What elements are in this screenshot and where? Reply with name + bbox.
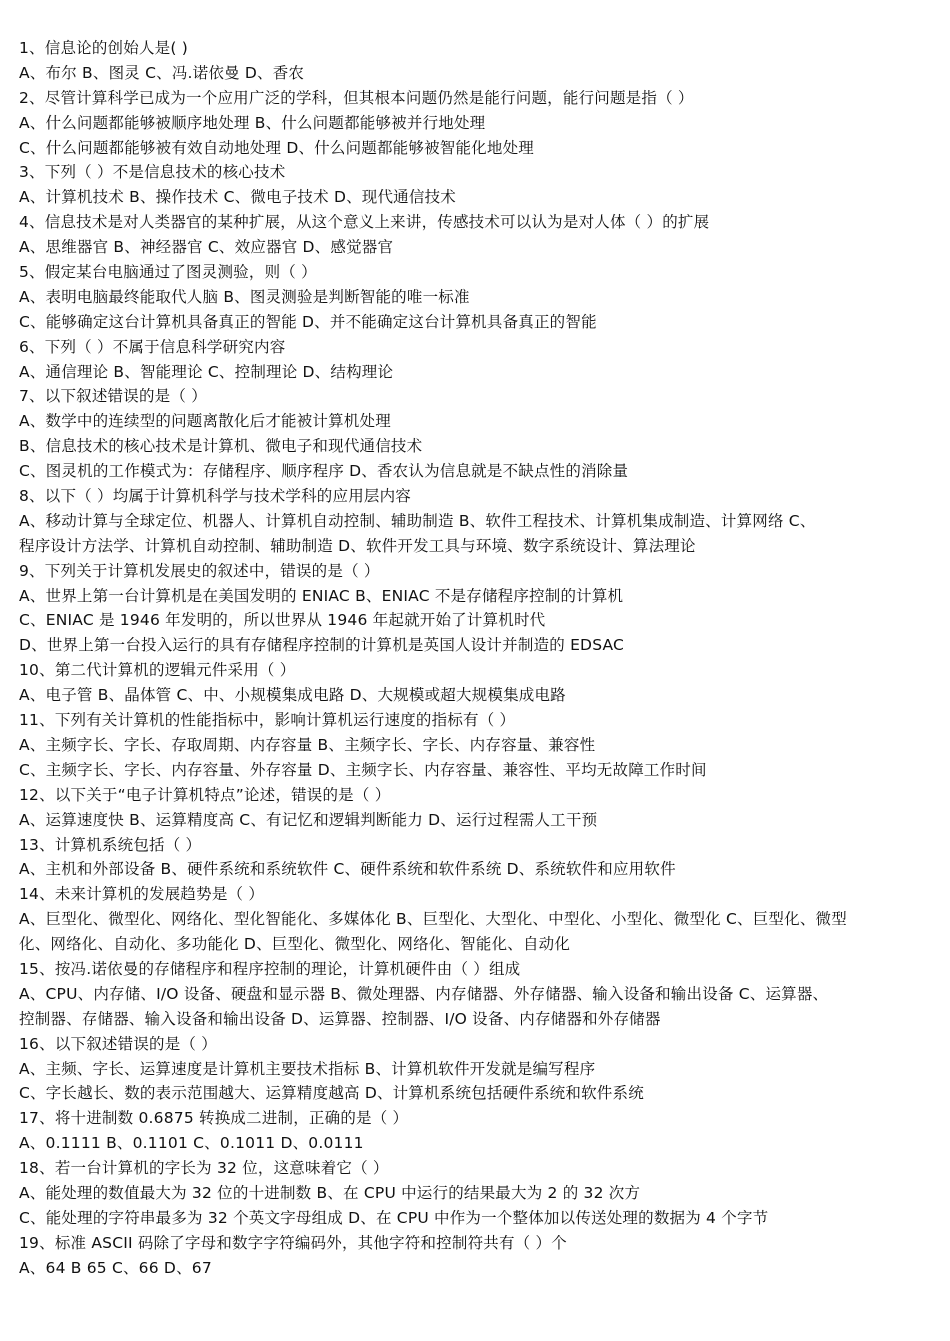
question-2-stem: 2、尽管计算科学已成为一个应用广泛的学科，但其根本问题仍然是能行问题，能行问题是… (19, 86, 929, 111)
question-6-stem: 6、下列（ ）不属于信息科学研究内容 (19, 335, 929, 360)
question-11-options-cd: C、主频字长、字长、内存容量、外存容量 D、主频字长、内存容量、兼容性、平均无故… (19, 758, 929, 783)
question-15-stem: 15、按冯.诺依曼的存储程序和程序控制的理论，计算机硬件由（ ）组成 (19, 957, 929, 982)
question-11-options-ab: A、主频字长、字长、存取周期、内存容量 B、主频字长、字长、内存容量、兼容性 (19, 733, 929, 758)
question-9-options-ab: A、世界上第一台计算机是在美国发明的 ENIAC B、ENIAC 不是存储程序控… (19, 584, 929, 609)
question-7-stem: 7、以下叙述错误的是（ ） (19, 384, 929, 409)
question-16-options-ab: A、主频、字长、运算速度是计算机主要技术指标 B、计算机软件开发就是编写程序 (19, 1057, 929, 1082)
question-3-stem: 3、下列（ ）不是信息技术的核心技术 (19, 160, 929, 185)
question-9-stem: 9、下列关于计算机发展史的叙述中，错误的是（ ） (19, 559, 929, 584)
question-19-stem: 19、标准 ASCII 码除了字母和数字字符编码外，其他字符和控制符共有（ ）个 (19, 1231, 929, 1256)
question-1-stem: 1、信息论的创始人是( ) (19, 36, 929, 61)
question-15-options-line2: 控制器、存储器、输入设备和输出设备 D、运算器、控制器、I/O 设备、内存储器和… (19, 1007, 929, 1032)
question-6-options: A、通信理论 B、智能理论 C、控制理论 D、结构理论 (19, 360, 929, 385)
question-12-stem: 12、以下关于“电子计算机特点”论述，错误的是（ ） (19, 783, 929, 808)
question-8-options-line1: A、移动计算与全球定位、机器人、计算机自动控制、辅助制造 B、软件工程技术、计算… (19, 509, 929, 534)
question-8-options-line2: 程序设计方法学、计算机自动控制、辅助制造 D、软件开发工具与环境、数字系统设计、… (19, 534, 929, 559)
question-8-stem: 8、以下（ ）均属于计算机科学与技术学科的应用层内容 (19, 484, 929, 509)
question-5-options-cd: C、能够确定这台计算机具备真正的智能 D、并不能确定这台计算机具备真正的智能 (19, 310, 929, 335)
question-7-option-b: B、信息技术的核心技术是计算机、微电子和现代通信技术 (19, 434, 929, 459)
question-7-options-cd: C、图灵机的工作模式为：存储程序、顺序程序 D、香农认为信息就是不缺点性的消除量 (19, 459, 929, 484)
question-2-options-ab: A、什么问题都能够被顺序地处理 B、什么问题都能够被并行地处理 (19, 111, 929, 136)
question-10-options: A、电子管 B、晶体管 C、中、小规模集成电路 D、大规模或超大规模集成电路 (19, 683, 929, 708)
question-11-stem: 11、下列有关计算机的性能指标中，影响计算机运行速度的指标有（ ） (19, 708, 929, 733)
question-7-option-a: A、数学中的连续型的问题离散化后才能被计算机处理 (19, 409, 929, 434)
exam-document: 1、信息论的创始人是( ) A、布尔 B、图灵 C、冯.诺依曼 D、香农 2、尽… (19, 36, 929, 1281)
question-4-stem: 4、信息技术是对人类器官的某种扩展，从这个意义上来讲，传感技术可以认为是对人体（… (19, 210, 929, 235)
question-17-options: A、0.1111 B、0.1101 C、0.1011 D、0.0111 (19, 1131, 929, 1156)
question-5-stem: 5、假定某台电脑通过了图灵测验，则（ ） (19, 260, 929, 285)
question-10-stem: 10、第二代计算机的逻辑元件采用（ ） (19, 658, 929, 683)
question-18-stem: 18、若一台计算机的字长为 32 位，这意味着它（ ） (19, 1156, 929, 1181)
question-1-options: A、布尔 B、图灵 C、冯.诺依曼 D、香农 (19, 61, 929, 86)
question-19-options: A、64 B 65 C、66 D、67 (19, 1256, 929, 1281)
question-14-options-line1: A、巨型化、微型化、网络化、型化智能化、多媒体化 B、巨型化、大型化、中型化、小… (19, 907, 929, 932)
question-13-options: A、主机和外部设备 B、硬件系统和系统软件 C、硬件系统和软件系统 D、系统软件… (19, 857, 929, 882)
question-9-option-c: C、ENIAC 是 1946 年发明的，所以世界从 1946 年起就开始了计算机… (19, 608, 929, 633)
question-4-options: A、思维器官 B、神经器官 C、效应器官 D、感觉器官 (19, 235, 929, 260)
question-13-stem: 13、计算机系统包括（ ） (19, 833, 929, 858)
question-18-options-ab: A、能处理的数值最大为 32 位的十进制数 B、在 CPU 中运行的结果最大为 … (19, 1181, 929, 1206)
question-14-options-line2: 化、网络化、自动化、多功能化 D、巨型化、微型化、网络化、智能化、自动化 (19, 932, 929, 957)
question-15-options-line1: A、CPU、内存储、I/O 设备、硬盘和显示器 B、微处理器、内存储器、外存储器… (19, 982, 929, 1007)
question-12-options: A、运算速度快 B、运算精度高 C、有记忆和逻辑判断能力 D、运行过程需人工干预 (19, 808, 929, 833)
question-14-stem: 14、未来计算机的发展趋势是（ ） (19, 882, 929, 907)
question-9-option-d: D、世界上第一台投入运行的具有存储程序控制的计算机是英国人设计并制造的 EDSA… (19, 633, 929, 658)
question-3-options: A、计算机技术 B、操作技术 C、微电子技术 D、现代通信技术 (19, 185, 929, 210)
question-17-stem: 17、将十进制数 0.6875 转换成二进制，正确的是（ ） (19, 1106, 929, 1131)
question-16-stem: 16、以下叙述错误的是（ ） (19, 1032, 929, 1057)
question-5-options-ab: A、表明电脑最终能取代人脑 B、图灵测验是判断智能的唯一标准 (19, 285, 929, 310)
question-18-options-cd: C、能处理的字符串最多为 32 个英文字母组成 D、在 CPU 中作为一个整体加… (19, 1206, 929, 1231)
question-16-options-cd: C、字长越长、数的表示范围越大、运算精度越高 D、计算机系统包括硬件系统和软件系… (19, 1081, 929, 1106)
question-2-options-cd: C、什么问题都能够被有效自动地处理 D、什么问题都能够被智能化地处理 (19, 136, 929, 161)
